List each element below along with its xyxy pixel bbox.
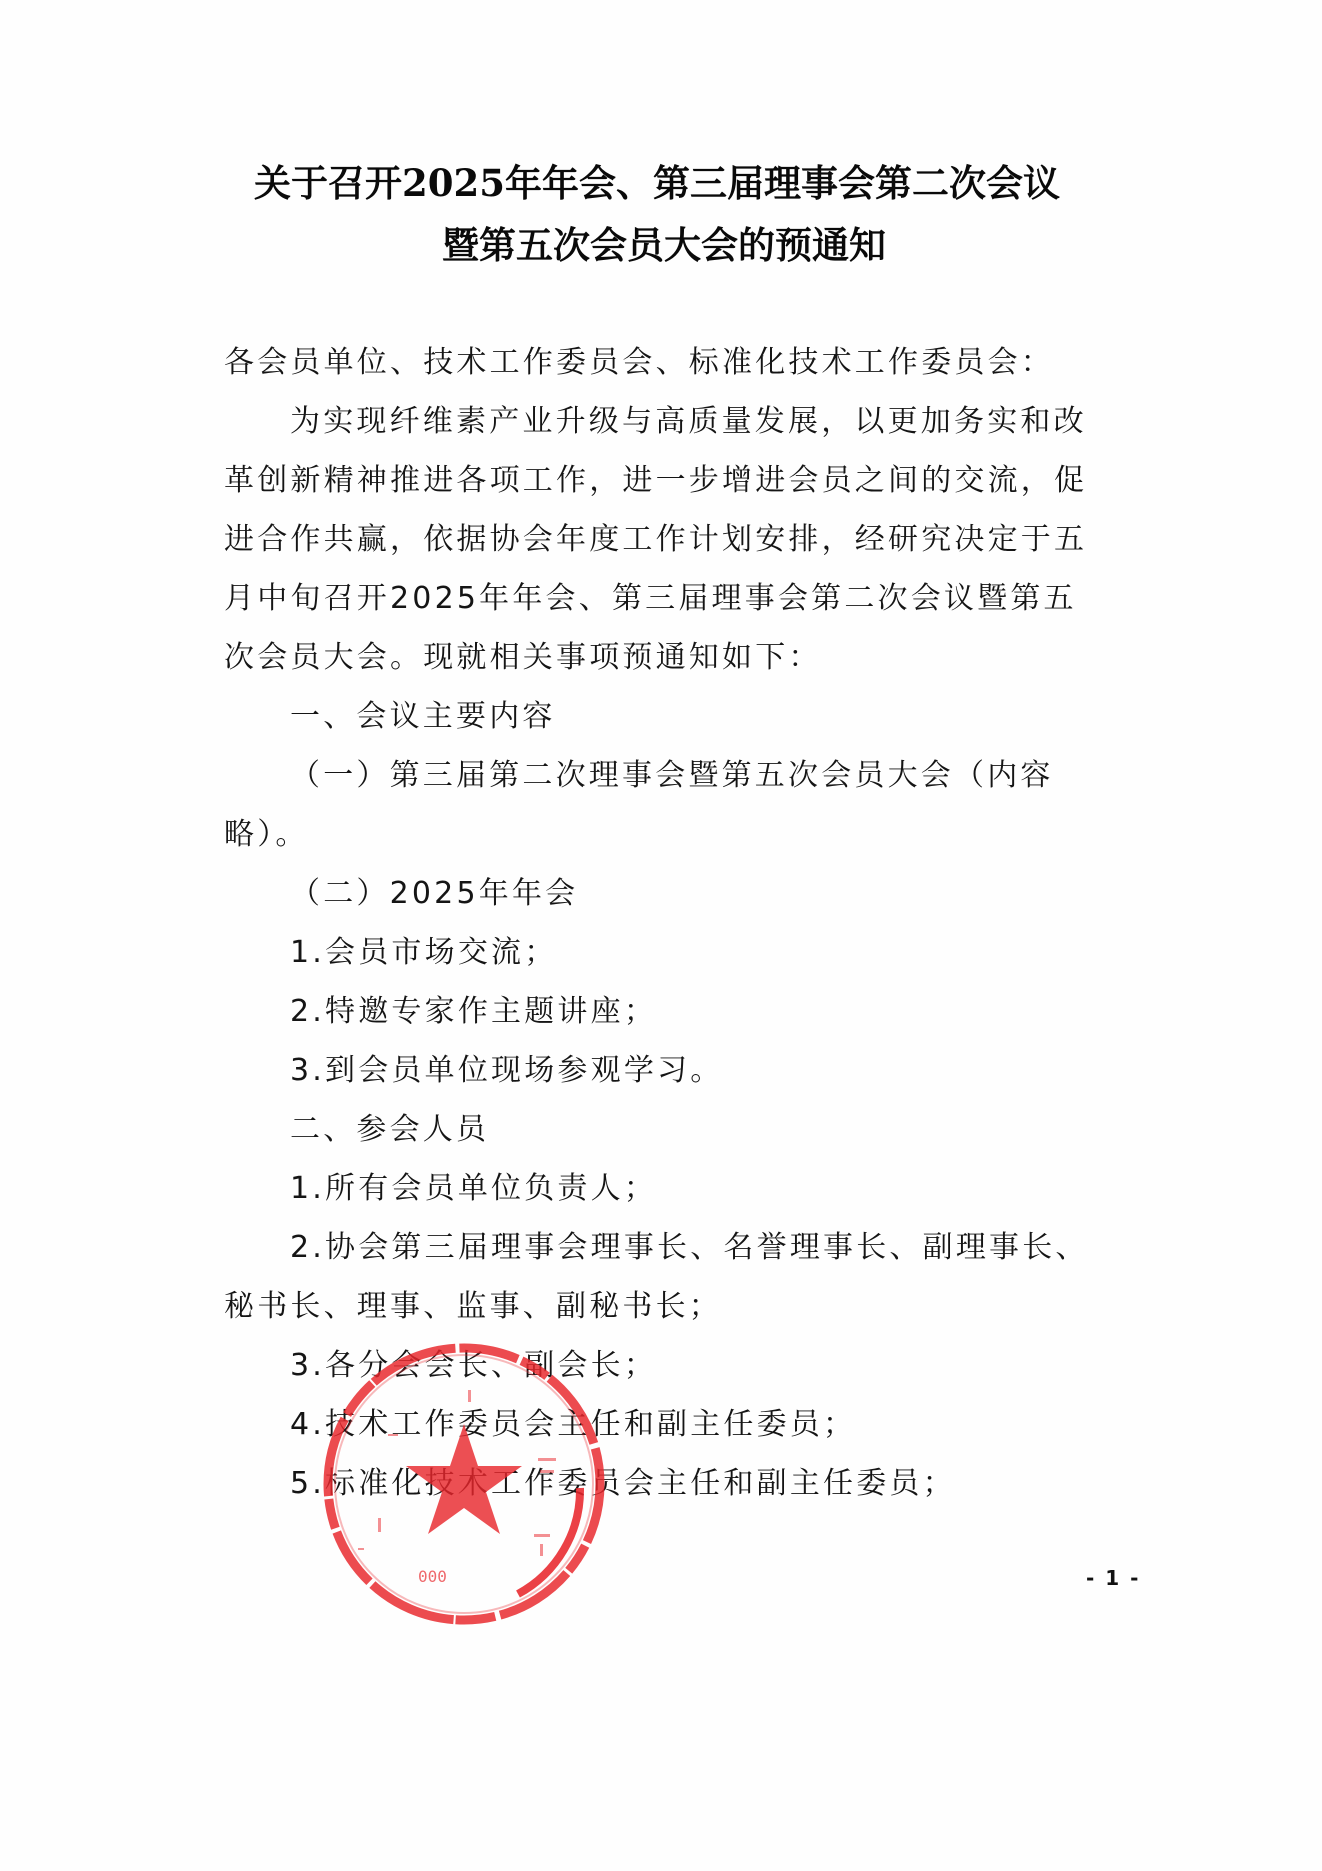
- intro-paragraph-line: 为实现纤维素产业升级与高质量发展，以更加务实和改: [290, 392, 1087, 451]
- list-item: 2.协会第三届理事会理事长、名誉理事长、副理事长、: [290, 1218, 1089, 1277]
- section-1-sub-1-line-2: 略）。: [224, 805, 309, 864]
- list-item: 4.技术工作委员会主任和副主任委员；: [290, 1395, 856, 1454]
- svg-text:000: 000: [418, 1567, 447, 1586]
- document-title-line-2: 暨第五次会员大会的预通知: [3, 214, 1322, 276]
- list-item-continuation: 秘书长、理事、监事、副秘书长；: [224, 1277, 722, 1336]
- page-number: - 1 -: [1086, 1566, 1140, 1590]
- list-item: 3.各分会会长、副会长；: [290, 1336, 657, 1395]
- list-item: 1.会员市场交流；: [290, 923, 557, 982]
- document-page: 关于召开2025年年会、第三届理事会第二次会议 暨第五次会员大会的预通知 各会员…: [0, 0, 1322, 1871]
- list-item: 1.所有会员单位负责人；: [290, 1159, 657, 1218]
- list-item: 3.到会员单位现场参观学习。: [290, 1041, 723, 1100]
- salutation: 各会员单位、技术工作委员会、标准化技术工作委员会：: [224, 333, 1054, 392]
- section-1-sub-2-heading: （二）2025年年会: [290, 864, 578, 923]
- section-2-heading: 二、参会人员: [290, 1100, 489, 1159]
- document-title-line-1: 关于召开2025年年会、第三届理事会第二次会议: [0, 152, 1318, 214]
- section-1-sub-1-line-1: （一）第三届第二次理事会暨第五次会员大会（内容: [290, 746, 1054, 805]
- intro-paragraph-line: 次会员大会。现就相关事项预通知如下：: [224, 628, 822, 687]
- section-1-heading: 一、会议主要内容: [290, 687, 556, 746]
- intro-paragraph-line: 月中旬召开2025年年会、第三届理事会第二次会议暨第五: [224, 569, 1077, 628]
- list-item: 5.标准化技术工作委员会主任和副主任委员；: [290, 1454, 956, 1513]
- list-item: 2.特邀专家作主题讲座；: [290, 982, 657, 1041]
- intro-paragraph-line: 革创新精神推进各项工作，进一步增进会员之间的交流，促: [224, 451, 1087, 510]
- intro-paragraph-line: 进合作共赢，依据协会年度工作计划安排，经研究决定于五: [224, 510, 1087, 569]
